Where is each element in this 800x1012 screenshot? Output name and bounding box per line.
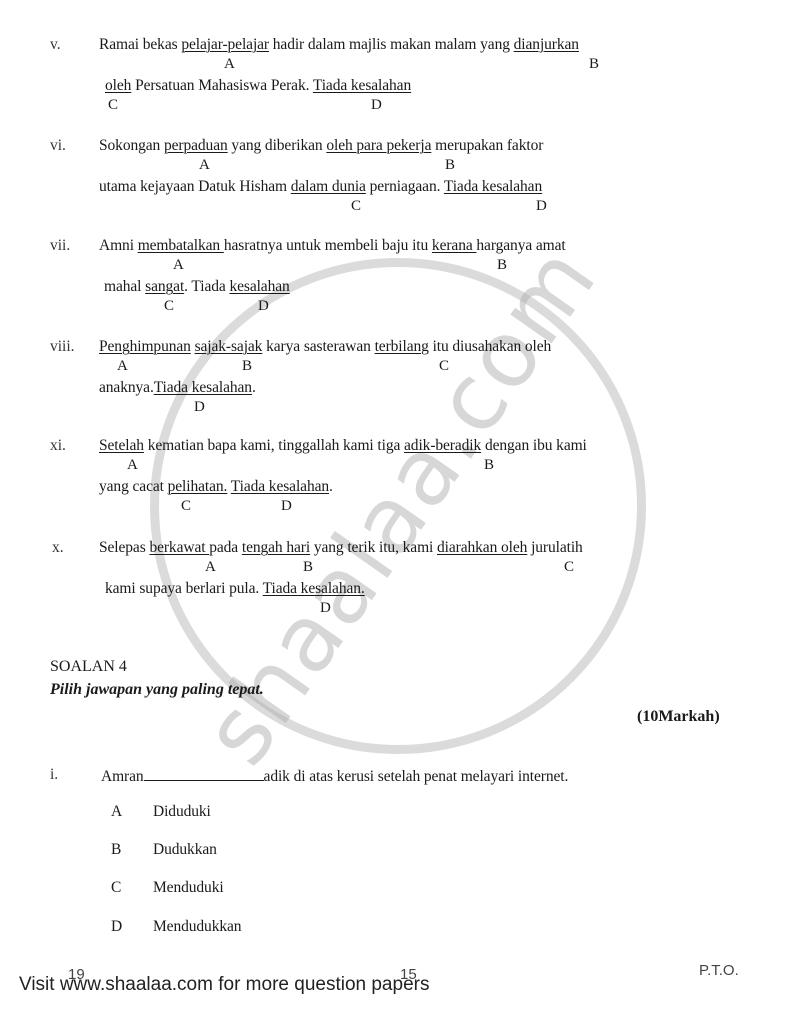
option-text: Diduduki bbox=[153, 803, 211, 821]
option-letter: C bbox=[564, 559, 574, 576]
sentence-line: Penghimpunan sajak-sajak karya sasterawa… bbox=[99, 338, 551, 356]
option-letter: D bbox=[281, 498, 292, 515]
underlined-option: Setelah bbox=[99, 437, 144, 454]
option-letter: A bbox=[173, 257, 184, 274]
option-text: Dudukkan bbox=[153, 841, 217, 859]
option-letter: B bbox=[242, 358, 252, 375]
sentence-text: merupakan faktor bbox=[431, 137, 543, 154]
sentence-line: Sokongan perpaduan yang diberikan oleh p… bbox=[99, 137, 543, 155]
sentence-text: Sokongan bbox=[99, 137, 164, 154]
option-letter: C bbox=[108, 97, 118, 114]
sentence-line: kami supaya berlari pula. Tiada kesalaha… bbox=[105, 580, 365, 598]
sentence-text: itu diusahakan oleh bbox=[429, 338, 551, 355]
option-letter: D bbox=[371, 97, 382, 114]
sentence-line: Ramai bekas pelajar-pelajar hadir dalam … bbox=[99, 36, 579, 54]
sentence-text: yang terik itu, kami bbox=[310, 539, 437, 556]
underlined-option: Tiada kesalahan bbox=[154, 379, 252, 396]
sentence-line: Selepas berkawat pada tengah hari yang t… bbox=[99, 539, 583, 557]
underlined-option: kesalahan bbox=[229, 278, 289, 295]
item-number: vi. bbox=[50, 137, 66, 155]
section-marks: (10Markah) bbox=[637, 708, 720, 726]
sentence-line: Setelah kematian bapa kami, tinggallah k… bbox=[99, 437, 587, 455]
sentence-line: mahal sangat. Tiada kesalahan bbox=[104, 278, 290, 296]
sentence-text: Selepas bbox=[99, 539, 149, 556]
option-letter: D bbox=[111, 918, 122, 936]
sentence-text: Amni bbox=[99, 237, 138, 254]
option-letter: A bbox=[117, 358, 128, 375]
option-letter: B bbox=[303, 559, 313, 576]
underlined-option: tengah hari bbox=[242, 539, 310, 556]
sentence-text: anaknya. bbox=[99, 379, 154, 396]
option-letter: D bbox=[320, 600, 331, 617]
option-letter: D bbox=[194, 399, 205, 416]
option-letter: B bbox=[111, 841, 121, 859]
sentence-text: dengan ibu kami bbox=[481, 437, 587, 454]
underlined-option: dalam dunia bbox=[291, 178, 366, 195]
pto-label: P.T.O. bbox=[699, 962, 739, 979]
sentence-text: . bbox=[329, 478, 333, 495]
section-heading: SOALAN 4 bbox=[50, 658, 127, 676]
sentence-text: pada bbox=[209, 539, 242, 556]
sentence-line: utama kejayaan Datuk Hisham dalam dunia … bbox=[99, 178, 542, 196]
sentence-text: yang cacat bbox=[99, 478, 168, 495]
option-text: Menduduki bbox=[153, 879, 224, 897]
item-number: xi. bbox=[50, 437, 66, 455]
option-letter: A bbox=[199, 157, 210, 174]
sentence-text: utama kejayaan Datuk Hisham bbox=[99, 178, 291, 195]
sentence-text: Ramai bekas bbox=[99, 36, 181, 53]
option-letter: C bbox=[164, 298, 174, 315]
option-letter: D bbox=[258, 298, 269, 315]
underlined-option: sangat bbox=[145, 278, 184, 295]
underlined-option: perpaduan bbox=[164, 137, 228, 154]
underlined-option: diarahkan oleh bbox=[437, 539, 527, 556]
underlined-option: Tiada kesalahan bbox=[313, 77, 411, 94]
answer-blank bbox=[144, 766, 264, 781]
option-letter: A bbox=[205, 559, 216, 576]
underlined-option: Tiada kesalahan bbox=[444, 178, 542, 195]
sentence-text: hasratnya untuk membeli baju itu bbox=[224, 237, 432, 254]
watermark-circle bbox=[150, 258, 646, 754]
sentence-text: . Tiada bbox=[184, 278, 229, 295]
underlined-option: terbilang bbox=[375, 338, 429, 355]
option-letter: B bbox=[484, 457, 494, 474]
option-letter: C bbox=[111, 879, 121, 897]
option-letter: C bbox=[351, 198, 361, 215]
sentence-text: jurulatih bbox=[527, 539, 582, 556]
underlined-option: kerana bbox=[432, 237, 476, 254]
option-letter: A bbox=[224, 56, 235, 73]
option-letter: B bbox=[445, 157, 455, 174]
exam-page: shaalaa.com v.Ramai bekas pelajar-pelaja… bbox=[0, 0, 800, 1012]
sentence-text: harganya amat bbox=[476, 237, 565, 254]
underlined-option: oleh para pekerja bbox=[326, 137, 431, 154]
underlined-option: Tiada kesalahan bbox=[231, 478, 329, 495]
sentence-text: kami supaya berlari pula. bbox=[105, 580, 263, 597]
sentence-text: kematian bapa kami, tinggallah kami tiga bbox=[144, 437, 404, 454]
sentence-text: yang diberikan bbox=[228, 137, 327, 154]
sentence-text: mahal bbox=[104, 278, 145, 295]
underlined-option: pelihatan. bbox=[168, 478, 228, 495]
section-instruction: Pilih jawapan yang paling tepat. bbox=[50, 681, 264, 699]
item-number: viii. bbox=[50, 338, 75, 356]
option-letter: C bbox=[181, 498, 191, 515]
item-number: x. bbox=[52, 539, 64, 557]
sentence-text: karya sasterawan bbox=[262, 338, 374, 355]
visit-link[interactable]: Visit www.shaalaa.com for more question … bbox=[19, 974, 429, 996]
underlined-option: berkawat bbox=[149, 539, 209, 556]
underlined-option: membatalkan bbox=[138, 237, 224, 254]
question-number: i. bbox=[50, 766, 58, 784]
underlined-option: oleh bbox=[105, 77, 131, 94]
underlined-option: dianjurkan bbox=[514, 36, 579, 53]
sentence-text: hadir dalam majlis makan malam yang bbox=[269, 36, 514, 53]
sentence-line: anaknya.Tiada kesalahan. bbox=[99, 379, 256, 397]
sentence-text: perniagaan. bbox=[366, 178, 444, 195]
underlined-option: Tiada kesalahan. bbox=[263, 580, 365, 597]
stem-after: adik di atas kerusi setelah penat melaya… bbox=[264, 768, 569, 785]
item-number: v. bbox=[50, 36, 61, 54]
watermark-text: shaalaa.com bbox=[183, 227, 618, 784]
option-letter: B bbox=[589, 56, 599, 73]
sentence-line: oleh Persatuan Mahasiswa Perak. Tiada ke… bbox=[105, 77, 411, 95]
option-letter: D bbox=[536, 198, 547, 215]
sentence-line: Amni membatalkan hasratnya untuk membeli… bbox=[99, 237, 566, 255]
underlined-option: adik-beradik bbox=[404, 437, 481, 454]
option-letter: A bbox=[127, 457, 138, 474]
underlined-option: sajak-sajak bbox=[195, 338, 263, 355]
option-letter: B bbox=[497, 257, 507, 274]
stem-before: Amran bbox=[101, 768, 144, 785]
option-text: Mendudukkan bbox=[153, 918, 241, 936]
underlined-option: pelajar-pelajar bbox=[181, 36, 269, 53]
sentence-line: yang cacat pelihatan. Tiada kesalahan. bbox=[99, 478, 333, 496]
sentence-text: Persatuan Mahasiswa Perak. bbox=[131, 77, 313, 94]
item-number: vii. bbox=[50, 237, 70, 255]
option-letter: A bbox=[111, 803, 122, 821]
sentence-text: . bbox=[252, 379, 256, 396]
option-letter: C bbox=[439, 358, 449, 375]
question-stem: Amranadik di atas kerusi setelah penat m… bbox=[101, 766, 568, 786]
underlined-option: Penghimpunan bbox=[99, 338, 191, 355]
